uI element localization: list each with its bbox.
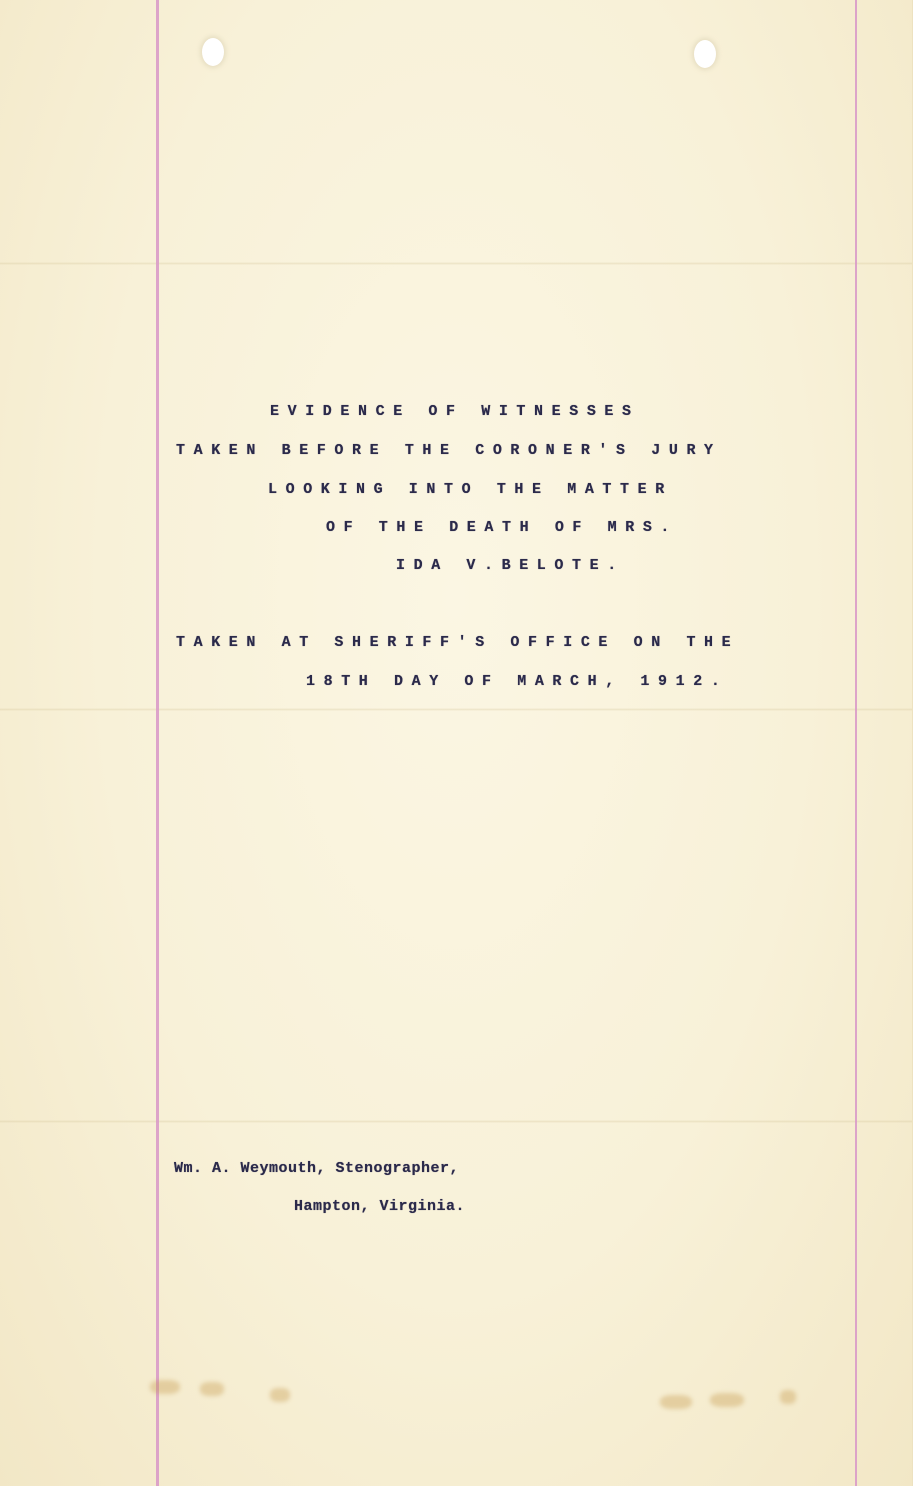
stenographer-location: Hampton, Virginia. — [294, 1198, 465, 1215]
punch-hole — [202, 38, 224, 66]
rust-stain — [710, 1393, 744, 1407]
heading-line: LOOKING INTO THE MATTER — [268, 481, 673, 498]
heading-line: TAKEN BEFORE THE CORONER'S JURY — [176, 442, 722, 459]
paper-fold — [0, 262, 912, 265]
rust-stain — [200, 1382, 224, 1396]
punch-hole — [694, 40, 716, 68]
torn-edge — [0, 1486, 914, 1500]
rust-stain — [660, 1395, 692, 1409]
heading-line: OF THE DEATH OF MRS. — [326, 519, 678, 536]
paper-fold — [0, 1120, 912, 1123]
heading-line: IDA V.BELOTE. — [396, 557, 625, 574]
rust-stain — [150, 1380, 180, 1394]
rust-stain — [780, 1390, 796, 1404]
left-margin-rule — [156, 0, 159, 1494]
rust-stain — [270, 1388, 290, 1402]
location-line: TAKEN AT SHERIFF'S OFFICE ON THE — [176, 634, 739, 651]
document-page: EVIDENCE OF WITNESSES TAKEN BEFORE THE C… — [0, 0, 913, 1494]
paper-fold — [0, 708, 912, 711]
stenographer-name: Wm. A. Weymouth, Stenographer, — [174, 1160, 459, 1177]
heading-line: EVIDENCE OF WITNESSES — [270, 403, 640, 420]
date-line: 18TH DAY OF MARCH, 1912. — [306, 673, 728, 690]
right-margin-rule — [855, 0, 857, 1494]
